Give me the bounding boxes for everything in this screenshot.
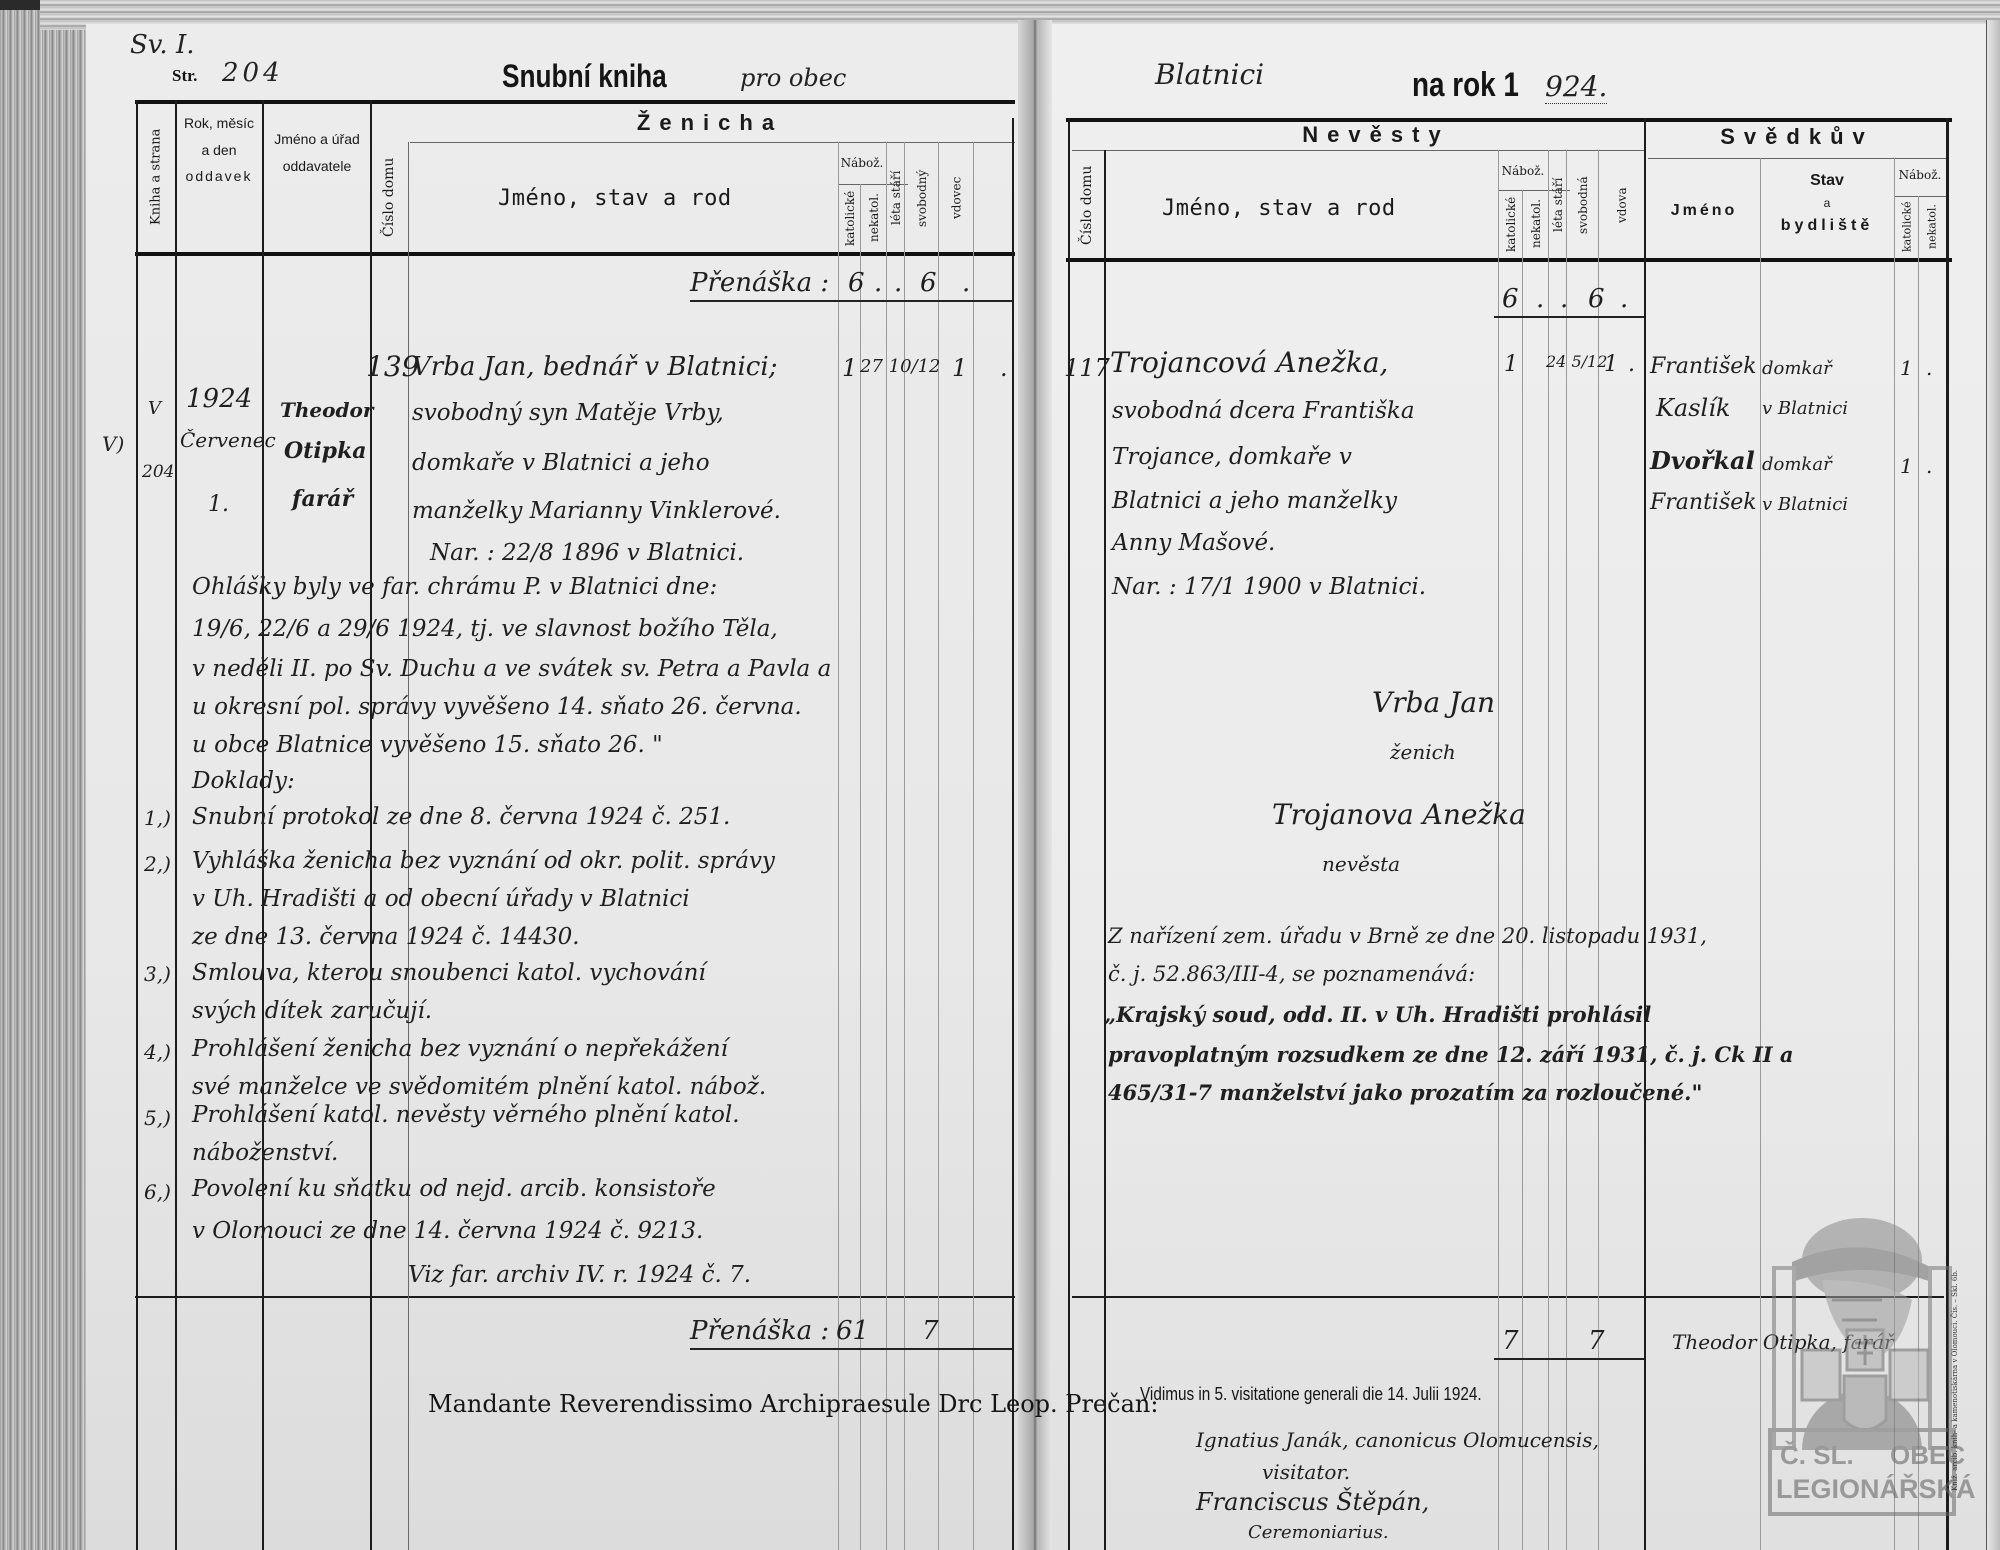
col-bride-name: Jméno, stav a rod (1162, 196, 1396, 221)
divorce-annotation-line: „Krajský soud, odd. II. v Uh. Hradišti p… (1104, 1002, 1651, 1027)
col-vdovec: vdovec (940, 146, 973, 250)
page-number: 204 (222, 58, 284, 88)
carry-over-svobodny: 6 (920, 268, 937, 298)
doc-line: Prohlášení katol. nevěsty věrného plnění… (192, 1102, 740, 1128)
carry-forward-katolicke: 61 (836, 1316, 869, 1346)
col-border (1068, 118, 1070, 1550)
archive-reference: Viz far. archiv IV. r. 1924 č. 7. (408, 1262, 751, 1288)
col-nekatol: nekatol. (862, 186, 886, 250)
col-svobodny: svobodný (906, 146, 938, 250)
legion-watermark-stamp: Č. SL. OBEC LEGIONÁŘSKÁ (1762, 1190, 1962, 1520)
section-divider (1072, 150, 1644, 151)
bride-signature: Trojanova Anežka (1272, 798, 1526, 831)
visitator-role: visitator. (1262, 1460, 1350, 1484)
carry-forward-label: Přenáška : (690, 1316, 829, 1346)
witness-2-residence: v Blatnici (1762, 494, 1848, 515)
header-bottom-border (135, 252, 1015, 256)
doc-line: svých dítek zaručují. (192, 998, 432, 1024)
bride-carry-over-row: 6 . . 6 . (1494, 284, 1644, 318)
bride-carry-vdova: . (1620, 284, 1628, 314)
bride-katolicke: 1 (1504, 352, 1518, 377)
visitator-name: Ignatius Janák, canonicus Olomucensis, (1196, 1428, 1599, 1452)
col-bride-vdova: vdova (1600, 154, 1644, 256)
col-bride-svobodna: svobodná (1568, 154, 1598, 256)
col-border (1644, 118, 1646, 1550)
col-witness-stav-bydliste: Stav a bydliště (1760, 168, 1894, 238)
doc-number: 2,) (144, 852, 171, 876)
bride-forward-katolicke: 7 (1502, 1326, 1519, 1356)
col-jmeno-urad: Jméno a úřad oddavatele (265, 126, 369, 179)
year-value: 924. (1545, 70, 1607, 104)
col-witness-katolicke: katolické (1896, 198, 1918, 256)
right-header-bottom (1066, 258, 1952, 262)
carry-forward-row: Přenáška : 61 7 (690, 1316, 1012, 1350)
doc-line: náboženství. (192, 1140, 338, 1166)
col-border (175, 100, 177, 1550)
groom-age: 27 10/12 (860, 356, 941, 377)
documents-heading: Doklady: (192, 768, 295, 794)
col-witness-naboz: Nábož. (1894, 168, 1946, 182)
carry-over-leta: . (894, 268, 902, 298)
carry-forward-svobodny: 7 (922, 1316, 939, 1346)
banns-note: u obce Blatnice vyvěšeno 15. sňato 26. " (192, 732, 663, 758)
col-bride-naboz: Nábož. (1498, 164, 1548, 178)
banns-note: 19/6, 22/6 a 29/6 1924, tj. ve slavnost … (192, 616, 778, 642)
bride-age: 24 5/12 (1546, 352, 1607, 371)
page-label: Str. (172, 66, 197, 86)
book-gutter (1018, 20, 1052, 1550)
doc-line: Prohlášení ženicha bez vyznání o nepřeká… (192, 1036, 728, 1062)
wedding-month: Červenec (180, 428, 276, 452)
doc-line: v Olomouci ze dne 14. června 1924 č. 921… (192, 1218, 703, 1244)
doc-number: 6,) (144, 1180, 171, 1204)
col-leta-stari: léta stáří (888, 146, 904, 250)
witness-2-katolicke: 1 (1900, 454, 1913, 478)
page-edges (0, 10, 92, 1550)
col-label-line: Jméno a úřad (265, 126, 369, 153)
divorce-annotation-line: č. j. 52.863/III-4, se poznamenává: (1108, 962, 1475, 986)
col-label-line: oddavatele (265, 153, 369, 180)
col-label-line: oddavek (178, 163, 260, 190)
officiant-title: farář (292, 486, 353, 512)
witness-2-nekatol: . (1926, 454, 1932, 478)
banns-note: v neděli II. po Sv. Duchu a ve svátek sv… (192, 656, 831, 682)
bride-carry-leta: . (1560, 284, 1568, 314)
marriage-register-spread: Sv. I. Str. 204 Snubní kniha pro obec Bl… (0, 0, 2000, 1550)
groom-line: Vrba Jan, bednář v Blatnici; (412, 352, 777, 382)
witness-2-status: domkař (1762, 454, 1832, 475)
printer-imprint: Kniž. arcib. knih- a kamenotiskárna v Ol… (1950, 1230, 1960, 1530)
officiant-last-name: Otipka (284, 438, 367, 464)
col-label-line: bydliště (1760, 213, 1894, 239)
bride-house-number: 117 (1064, 354, 1110, 382)
carry-over-label: Přenáška : (690, 268, 829, 298)
groom-line: domkaře v Blatnici a jeho (412, 450, 710, 476)
entry-bottom-border (135, 1296, 1015, 1298)
doc-line: Vyhláška ženicha bez vyznání od okr. pol… (192, 848, 775, 874)
col-label-line: Rok, měsíc (178, 110, 260, 137)
bride-vdova: . (1628, 352, 1635, 377)
stamp-text-line2: LEGIONÁŘSKÁ (1776, 1474, 1976, 1505)
groom-section-title: Ženicha (410, 110, 1010, 136)
col-witness-name: Jméno (1648, 196, 1760, 226)
groom-signature-role: ženich (1390, 740, 1456, 764)
divorce-annotation-line: Z nařízení zem. úřadu v Brně ze dne 20. … (1108, 924, 1707, 948)
doc-number: 1,) (144, 806, 171, 830)
wedding-day: 1. (208, 492, 229, 517)
margin-note: Sv. I. (130, 30, 194, 60)
col-border (136, 100, 138, 1550)
witness-1-last-name: Kaslík (1656, 394, 1730, 422)
bride-svobodna: 1 (1604, 352, 1618, 377)
doc-line: Snubní protokol ze dne 8. června 1924 č.… (192, 804, 730, 830)
stamp-text-line1: Č. SL. (1780, 1440, 1854, 1471)
section-divider (410, 142, 1015, 143)
col-label-line: a (1760, 194, 1894, 213)
right-page-edge (1986, 20, 2000, 1550)
col-bride-cislo-domu: Číslo domu (1072, 154, 1102, 256)
bride-line: svobodná dcera Františka (1112, 398, 1415, 424)
book-title: Snubní kniha (502, 58, 667, 95)
bride-carry-katolicke: 6 (1502, 284, 1519, 314)
witness-2-last-name: Dvořkal (1650, 446, 1755, 475)
groom-katolicke: 1 (842, 354, 857, 382)
bride-birth: Nar. : 17/1 1900 v Blatnici. (1112, 574, 1426, 600)
doc-number: 4,) (144, 1040, 171, 1064)
carry-over-katolicke: 6 (848, 268, 865, 298)
doc-line: své manželce ve svědomitém plnění katol.… (192, 1074, 766, 1100)
col-cislo-domu: Číslo domu (372, 146, 406, 248)
notary-signature: Franciscus Štěpán, (1196, 1488, 1429, 1516)
col-bride-katolicke: katolické (1500, 192, 1522, 256)
witness-1-status: domkař (1762, 358, 1832, 379)
strana-value: 204 (142, 462, 174, 482)
bride-forward-svobodna: 7 (1588, 1326, 1605, 1356)
groom-svobodny: 1 (952, 354, 967, 382)
year-label: na rok 1 (1412, 66, 1519, 105)
bride-line: Anny Mašové. (1112, 530, 1275, 556)
visitation-text: Vidimus in 5. visitatione generali die 1… (1140, 1384, 1482, 1405)
carry-over-row: Přenáška : 6 . . 6 . (690, 268, 1012, 302)
doc-line: Povolení ku sňatku od nejd. arcib. konsi… (192, 1176, 716, 1202)
bride-line: Trojance, domkaře v (1112, 444, 1352, 470)
bride-signature-role: nevěsta (1322, 852, 1400, 876)
col-label-line: a den (178, 137, 260, 164)
latin-mandate: Mandante Reverendissimo Archipraesule Dr… (428, 1390, 1158, 1418)
col-groom-name: Jméno, stav a rod (498, 186, 732, 211)
witness-1-first-name: František (1650, 354, 1757, 379)
groom-birth: Nar. : 22/8 1896 v Blatnici. (430, 540, 744, 566)
naboz-divider (1894, 196, 1948, 197)
section-divider (1648, 158, 1948, 159)
divorce-annotation-line: 465/31-7 manželství jako prozatím za roz… (1108, 1080, 1702, 1105)
doc-line: Smlouva, kterou snoubenci katol. vychová… (192, 960, 706, 986)
margin-entry-mark: V) (102, 432, 124, 456)
col-rok-mesic-den: Rok, měsíc a den oddavek (178, 110, 260, 190)
bride-carry-nekatol: . (1536, 284, 1544, 314)
doc-line: v Uh. Hradišti a od obecní úřady v Blatn… (192, 886, 690, 912)
col-kniha-strana: Kniha a strana (140, 106, 172, 248)
col-bride-leta-stari: léta stáří (1550, 154, 1566, 256)
witness-1-residence: v Blatnici (1762, 398, 1848, 419)
bride-carry-forward-row: 7 7 (1494, 1326, 1644, 1360)
banns-note: u okresní pol. správy vyvěšeno 14. sňato… (192, 694, 802, 720)
doc-line: ze dne 13. června 1924 č. 14430. (192, 924, 580, 950)
bride-line: Trojancová Anežka, (1110, 346, 1388, 379)
groom-vdovec: . (1000, 354, 1008, 382)
doc-number: 3,) (144, 962, 171, 986)
banns-note: Ohlášky byly ve far. chrámu P. v Blatnic… (192, 574, 717, 600)
witnesses-section-title: Svědkův (1648, 124, 1946, 150)
witness-1-nekatol: . (1926, 356, 1932, 380)
groom-line: svobodný syn Matěje Vrby, (412, 400, 724, 426)
divorce-annotation-line: pravoplatným rozsudkem ze dne 12. září 1… (1108, 1042, 1794, 1067)
col-label-line: Stav (1760, 168, 1894, 194)
col-katolicke: katolické (840, 186, 860, 250)
groom-signature: Vrba Jan (1372, 686, 1495, 719)
bride-line: Blatnici a jeho manželky (1112, 488, 1397, 514)
bride-section-title: Nevěsty (1106, 122, 1646, 148)
col-bride-nekatol: nekatol. (1524, 192, 1548, 256)
witness-2-first-name: František (1650, 490, 1757, 515)
carry-over-nekatol: . (874, 268, 882, 298)
kniha-value: V (148, 398, 161, 419)
pro-obec-label: pro obec (740, 64, 846, 92)
table-top-border (135, 100, 1015, 104)
col-naboz: Nábož. (838, 156, 886, 170)
carry-over-vdovec: . (962, 268, 970, 298)
groom-line: manželky Marianny Vinklerové. (412, 498, 781, 524)
officiant-first-name: Theodor (280, 398, 373, 422)
col-border (1012, 118, 1014, 1550)
col-witness-nekatol: nekatol. (1920, 198, 1944, 256)
municipality-name: Blatnici (1155, 58, 1264, 91)
doc-number: 5,) (144, 1106, 171, 1130)
bride-carry-svobodna: 6 (1588, 284, 1605, 314)
witness-1-katolicke: 1 (1900, 356, 1913, 380)
notary-title: Ceremoniarius. (1248, 1522, 1389, 1543)
wedding-year: 1924 (186, 384, 252, 414)
